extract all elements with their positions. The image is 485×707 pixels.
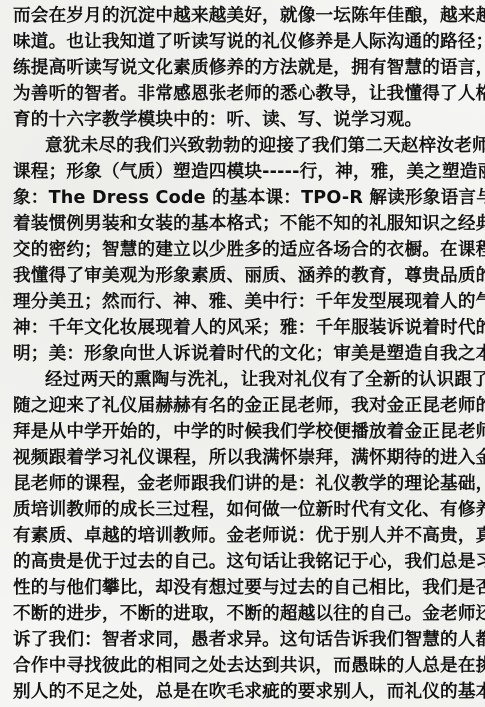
text-line: 象：The Dress Code 的基本课：TPO-R 解读形象语言与密码之国际 [13, 185, 475, 211]
document-page: 而会在岁月的沉淀中越来越美好，就像一坛陈年佳酿，越来越有 味道。也让我知道了听读… [0, 0, 485, 707]
text-line: 明；美：形象向世人诉说着时代的文化；审美是塑造自我之本能。 [13, 341, 475, 367]
text-line: 有素质、卓越的培训教师。金老师说：优于别人并不高贵，真正 [13, 523, 475, 549]
text-line: 随之迎来了礼仪届赫赫有名的金正昆老师，我对金正昆老师的崇 [13, 393, 475, 419]
text-line: 经过两天的熏陶与洗礼，让我对礼仪有了全新的认识跟了解， [45, 367, 475, 393]
text-line: 育的十六字教学模块中的：听、读、写、说学习观。 [13, 107, 475, 133]
text-line: 视频跟着学习礼仪课程，所以我满怀崇拜，满怀期待的进入金正 [13, 445, 475, 471]
text-line: 的高贵是优于过去的自己。这句话让我铭记于心，我们总是习惯 [13, 549, 475, 575]
text-line: 性的与他们攀比，却没有想过要与过去的自己相比，我们是否在 [13, 575, 475, 601]
text-line: 合作中寻找彼此的相同之处去达到共识，而愚昧的人总是在挑剔 [13, 653, 475, 679]
text-line: 交的密约；智慧的建立以少胜多的适应各场合的衣橱。在课程中 [13, 237, 475, 263]
text-line: 意犹未尽的我们兴致勃勃的迎接了我们第二天赵梓汝老师的 [45, 133, 475, 159]
text-line: 我懂得了审美观为形象素质、丽质、涵养的教育，尊贵品质的管 [13, 263, 475, 289]
text-line: 昆老师的课程，金老师跟我们讲的是：礼仪教学的理论基础，素 [13, 471, 475, 497]
text-line: 为善听的智者。非常感恩张老师的悉心教导，让我懂得了人格教 [13, 81, 475, 107]
text-line: 别人的不足之处，总是在吹毛求疵的要求别人，而礼仪的基本应 [13, 679, 475, 705]
text-line: 理分美丑；然而行、神、雅、美中行：千年发型展现着人的气势； [13, 289, 475, 315]
text-line: 着装惯例男装和女装的基本格式；不能不知的礼服知识之经典社 [13, 211, 475, 237]
text-line: 神：千年文化妆展现着人的风采；雅：千年服装诉说着时代的文 [13, 315, 475, 341]
text-line: 诉了我们：智者求同，愚者求异。这句话告诉我们智慧的人都在 [13, 627, 475, 653]
text-line: 不断的进步，不断的进取，不断的超越以往的自己。金老师还告 [13, 601, 475, 627]
text-line: 课程；形象（气质）塑造四模块-----行，神，雅，美之塑造丽质形 [13, 159, 475, 185]
text-line: 质培训教师的成长三过程，如何做一位新时代有文化、有修养、 [13, 497, 475, 523]
text-line: 练提高听读写说文化素质修养的方法就是，拥有智慧的语言，成 [13, 55, 475, 81]
text-line: 味道。也让我知道了听读写说的礼仪修养是人际沟通的路径；训 [13, 29, 475, 55]
text-line: 拜是从中学开始的，中学的时候我们学校便播放着金正昆老师的 [13, 419, 475, 445]
text-line: 而会在岁月的沉淀中越来越美好，就像一坛陈年佳酿，越来越有 [13, 3, 475, 29]
